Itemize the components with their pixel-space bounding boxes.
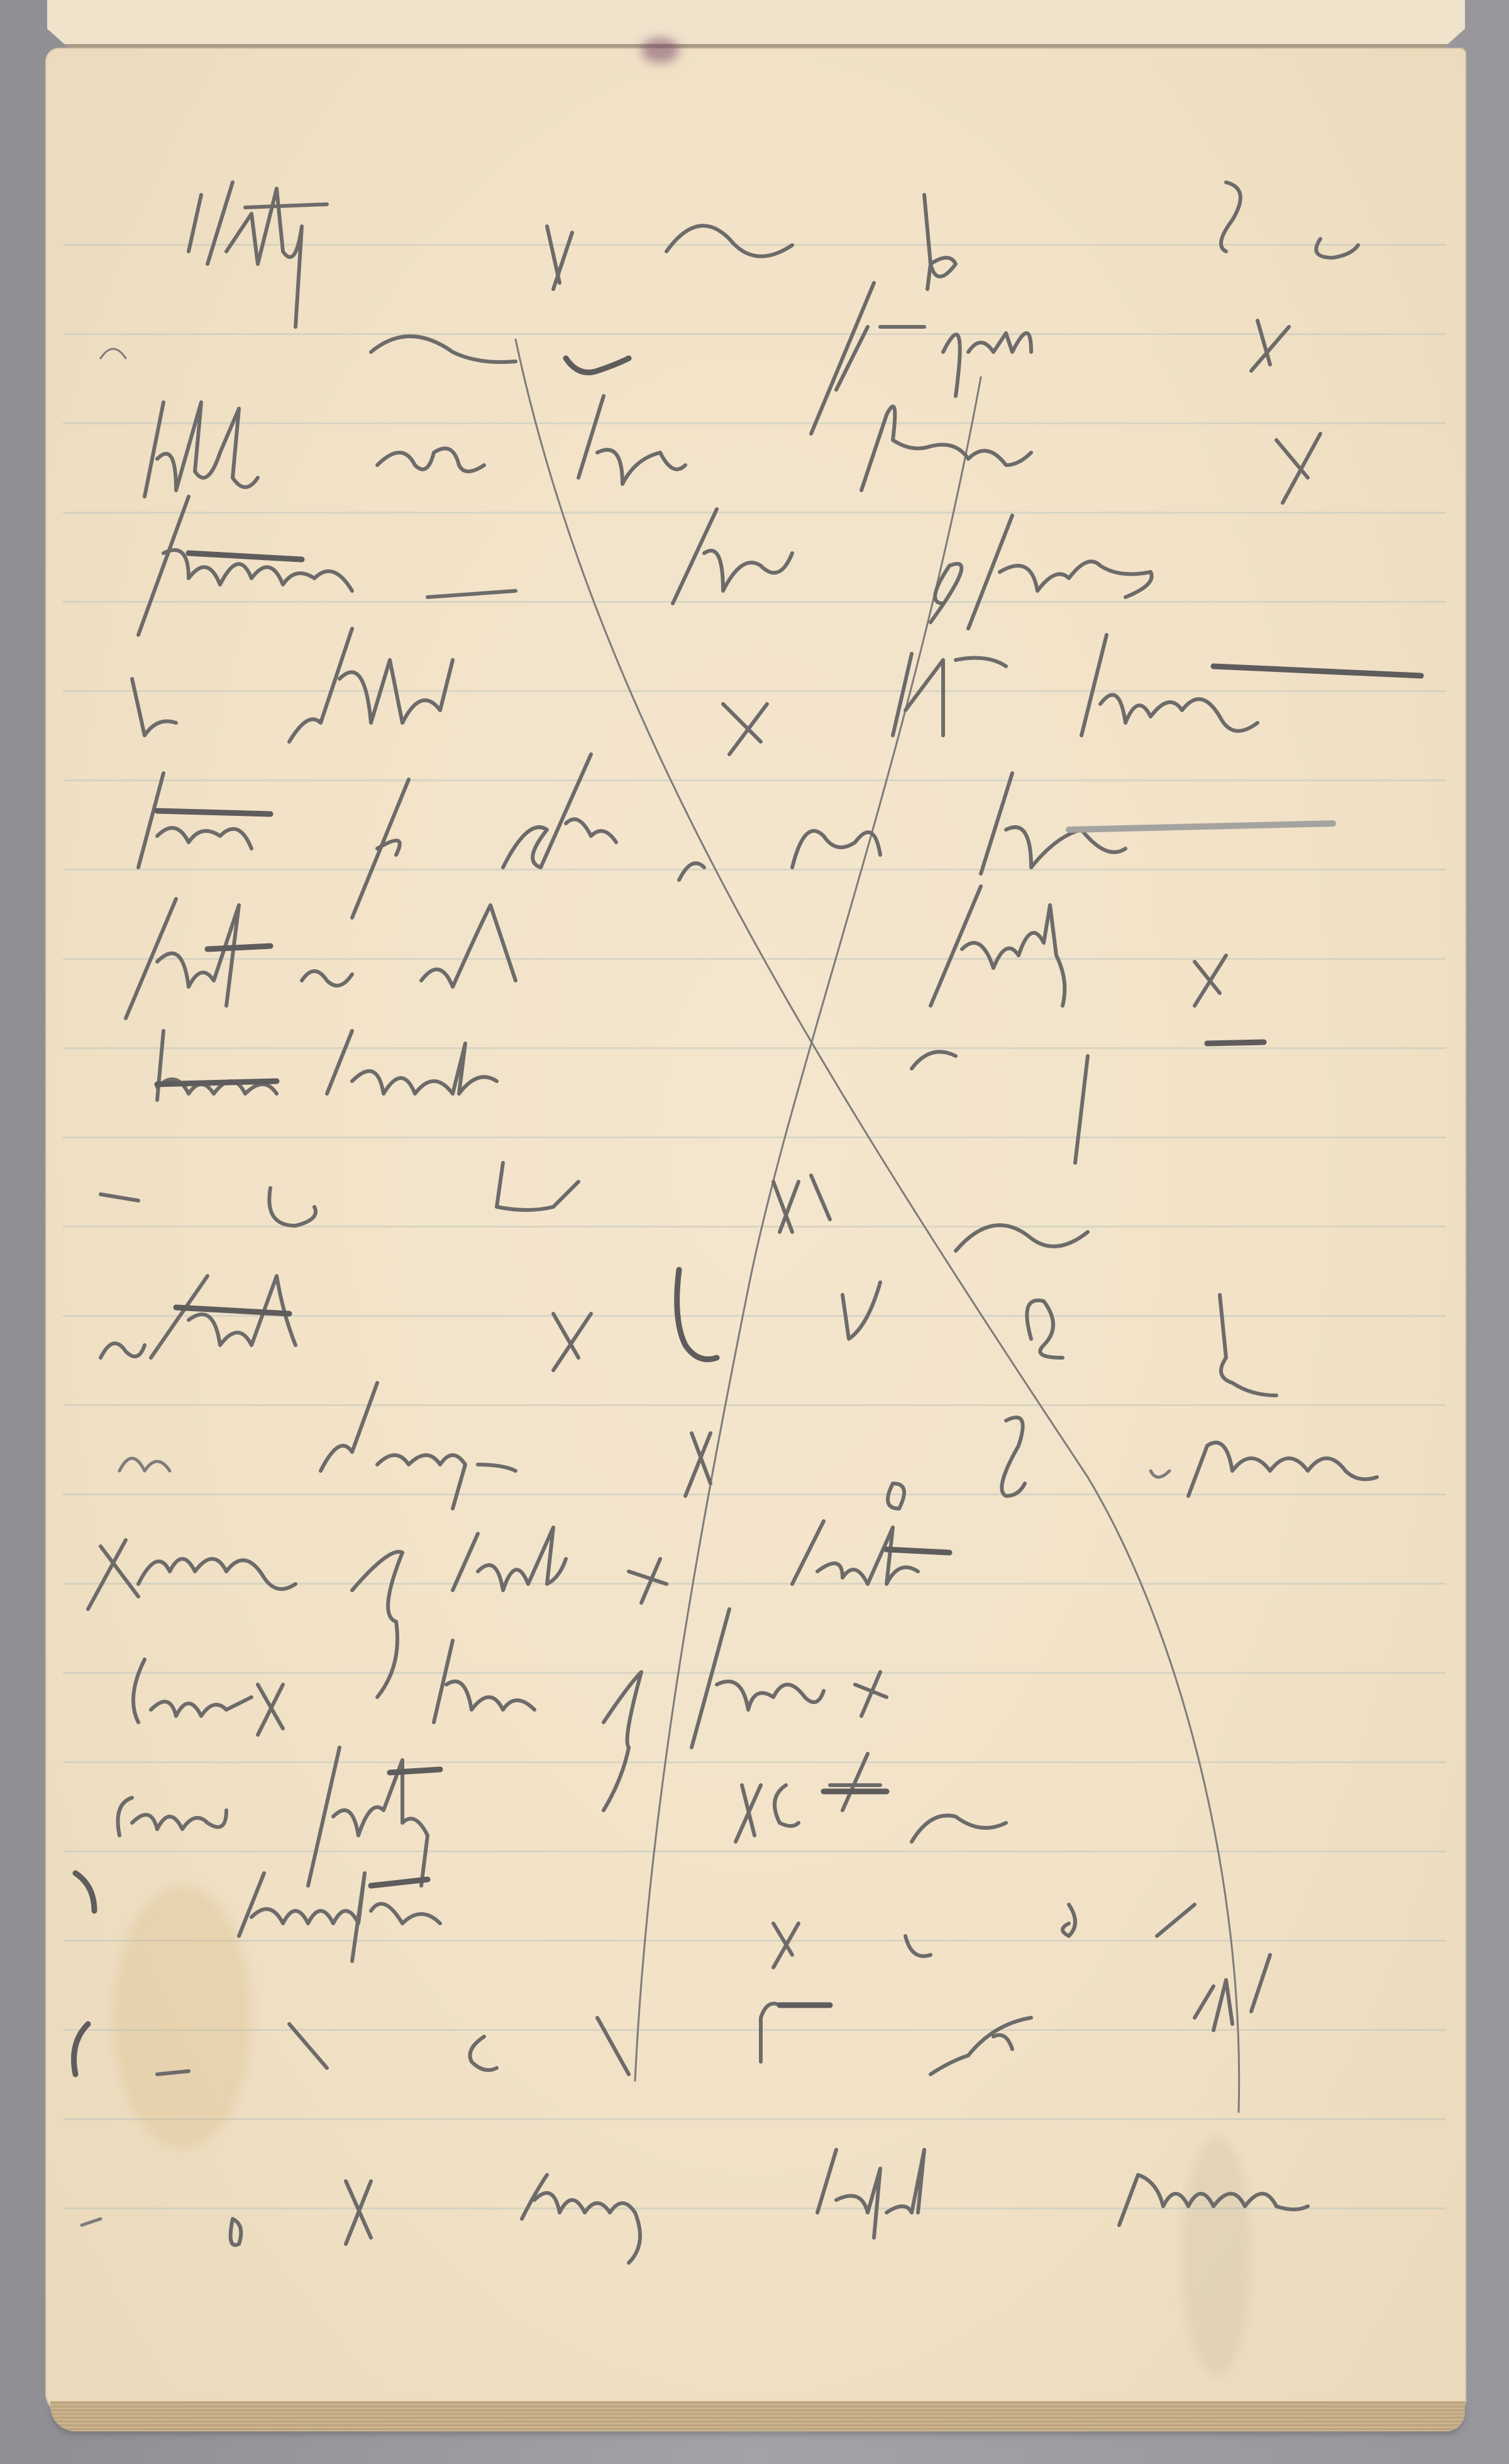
pencil-handwriting <box>0 0 1509 2464</box>
